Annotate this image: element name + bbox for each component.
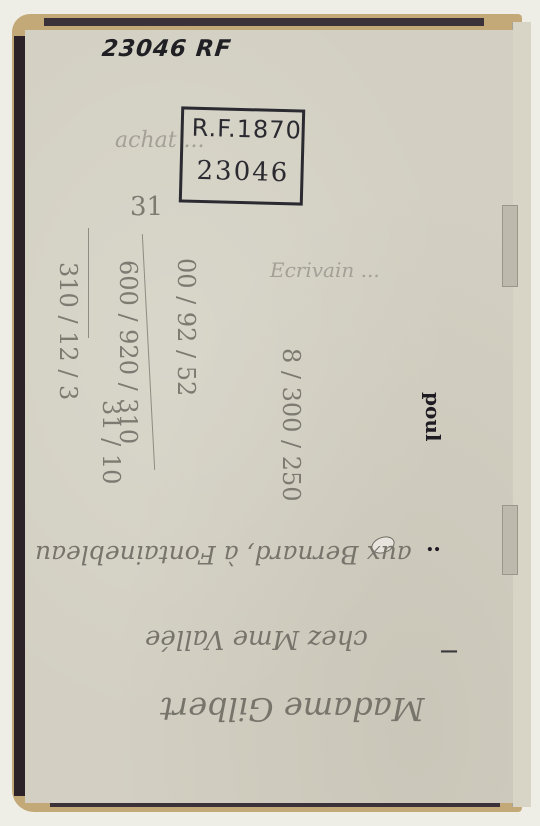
handwriting-address-line: chez Mme Vallée	[145, 624, 368, 654]
adjacent-leaf-edge	[512, 22, 531, 807]
binding-tape-upper	[502, 205, 518, 287]
pencil-calculation: 31 / 10	[97, 400, 125, 484]
pencil-calculation: 00 / 92 / 52	[172, 258, 200, 396]
pencil-calculation: 8 / 300 / 250	[277, 348, 305, 502]
notebook-scan: 23046 RF R.F.1870 23046 achat ... 31 Ecr…	[0, 0, 540, 826]
cover-top-edge	[44, 18, 484, 26]
ink-margin-word: poul	[421, 392, 445, 441]
handwriting-address-line: aux Bernard, à Fontainebleau	[35, 540, 412, 569]
pencil-note-top: achat ...	[115, 128, 205, 153]
pencil-number-31: 31	[130, 192, 163, 222]
pencil-faint-line: Ecrivain ...	[270, 258, 380, 282]
accession-number: 23046 RF	[101, 36, 233, 62]
pencil-calculation: 310 / 12 / 3	[54, 262, 82, 400]
ink-margin-mark: —	[440, 640, 458, 661]
stamp-collection-year: R.F.1870	[191, 114, 302, 145]
ink-margin-colon: :	[422, 545, 448, 553]
stamp-inventory-number: 23046	[196, 156, 289, 188]
binding-tape-lower	[502, 505, 518, 575]
collection-stamp: R.F.1870 23046	[179, 106, 305, 205]
pencil-rule	[88, 228, 89, 338]
handwriting-name-line: Madame Gilbert	[160, 690, 424, 728]
